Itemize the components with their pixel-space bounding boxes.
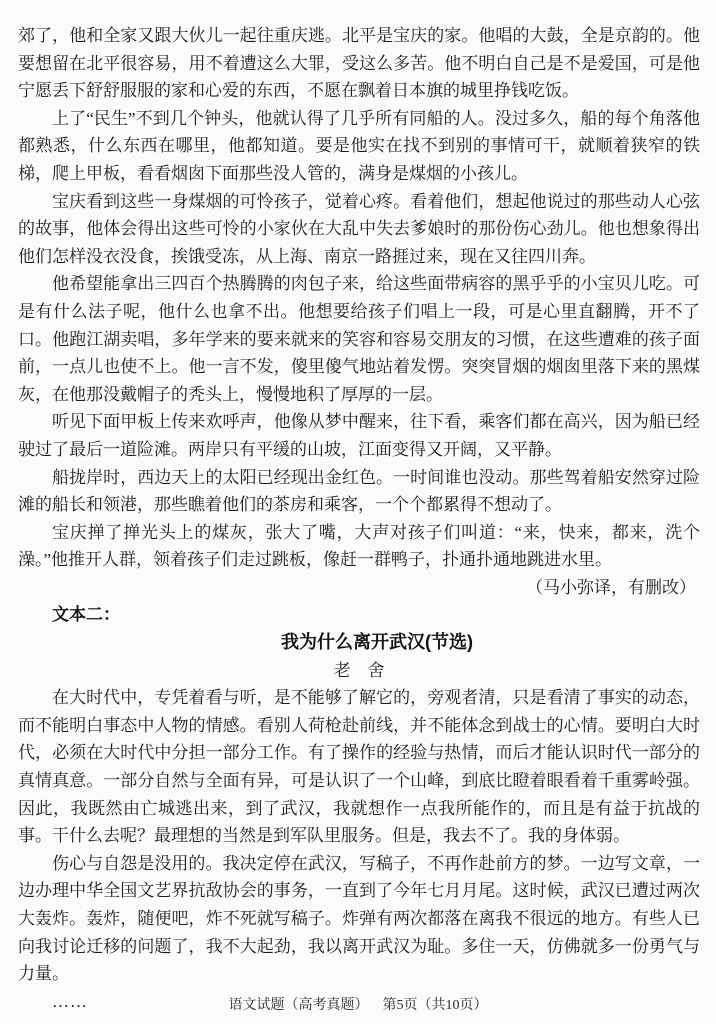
- text1-paragraph: 听见下面甲板上传来欢呼声，他像从梦中醒来，往下看，乘客们都在高兴，因为船已经驶过…: [18, 408, 700, 463]
- text1-paragraph: 船拢岸时，西边天上的太阳已经现出金红色。一时间谁也没动。那些驾着船安然穿过险滩的…: [18, 464, 700, 519]
- reading-passage: 郊了，他和全家又跟大伙儿一起往重庆逃。北平是宝庆的家。他唱的大鼓，全是京韵的。他…: [0, 0, 716, 1015]
- page-footer: 语文试题（高考真题）第5页（共10页）: [0, 996, 716, 1016]
- text2-author: 老 舍: [18, 657, 700, 685]
- translator-attribution: （马小弥译，有删改）: [18, 574, 700, 602]
- footer-page-number: 第5页（共10页）: [383, 998, 488, 1013]
- footer-doc-title: 语文试题（高考真题）: [229, 998, 369, 1013]
- text2-paragraph: 伤心与自怨是没用的。我决定停在武汉，写稿子，不再作赴前方的梦。一边写文章，一边办…: [18, 850, 700, 988]
- text1-paragraph: 宝庆看到这些一身煤烟的可怜孩子，觉着心疼。看着他们，想起他说过的那些动人心弦的故…: [18, 188, 700, 271]
- text1-paragraph: 他希望能拿出三四百个热腾腾的肉包子来，给这些面带病容的黑乎乎的小宝贝儿吃。可是有…: [18, 270, 700, 408]
- text1-paragraph: 郊了，他和全家又跟大伙儿一起往重庆逃。北平是宝庆的家。他唱的大鼓，全是京韵的。他…: [18, 22, 700, 105]
- section-label-text2: 文本二：: [18, 601, 700, 629]
- text2-paragraph: 在大时代中，专凭着看与听，是不能够了解它的，旁观者清，只是看清了事实的动态，而不…: [18, 684, 700, 850]
- exam-page: 郊了，他和全家又跟大伙儿一起往重庆逃。北平是宝庆的家。他唱的大鼓，全是京韵的。他…: [0, 0, 716, 1024]
- text2-title: 我为什么离开武汉(节选): [18, 629, 700, 657]
- text1-paragraph: 上了“民生”不到几个钟头，他就认得了几乎所有同船的人。没过多久，船的每个角落他都…: [18, 105, 700, 188]
- text1-paragraph: 宝庆掸了掸光头上的煤灰，张大了嘴，大声对孩子们叫道：“来，快来，都来，洗个澡。”…: [18, 519, 700, 574]
